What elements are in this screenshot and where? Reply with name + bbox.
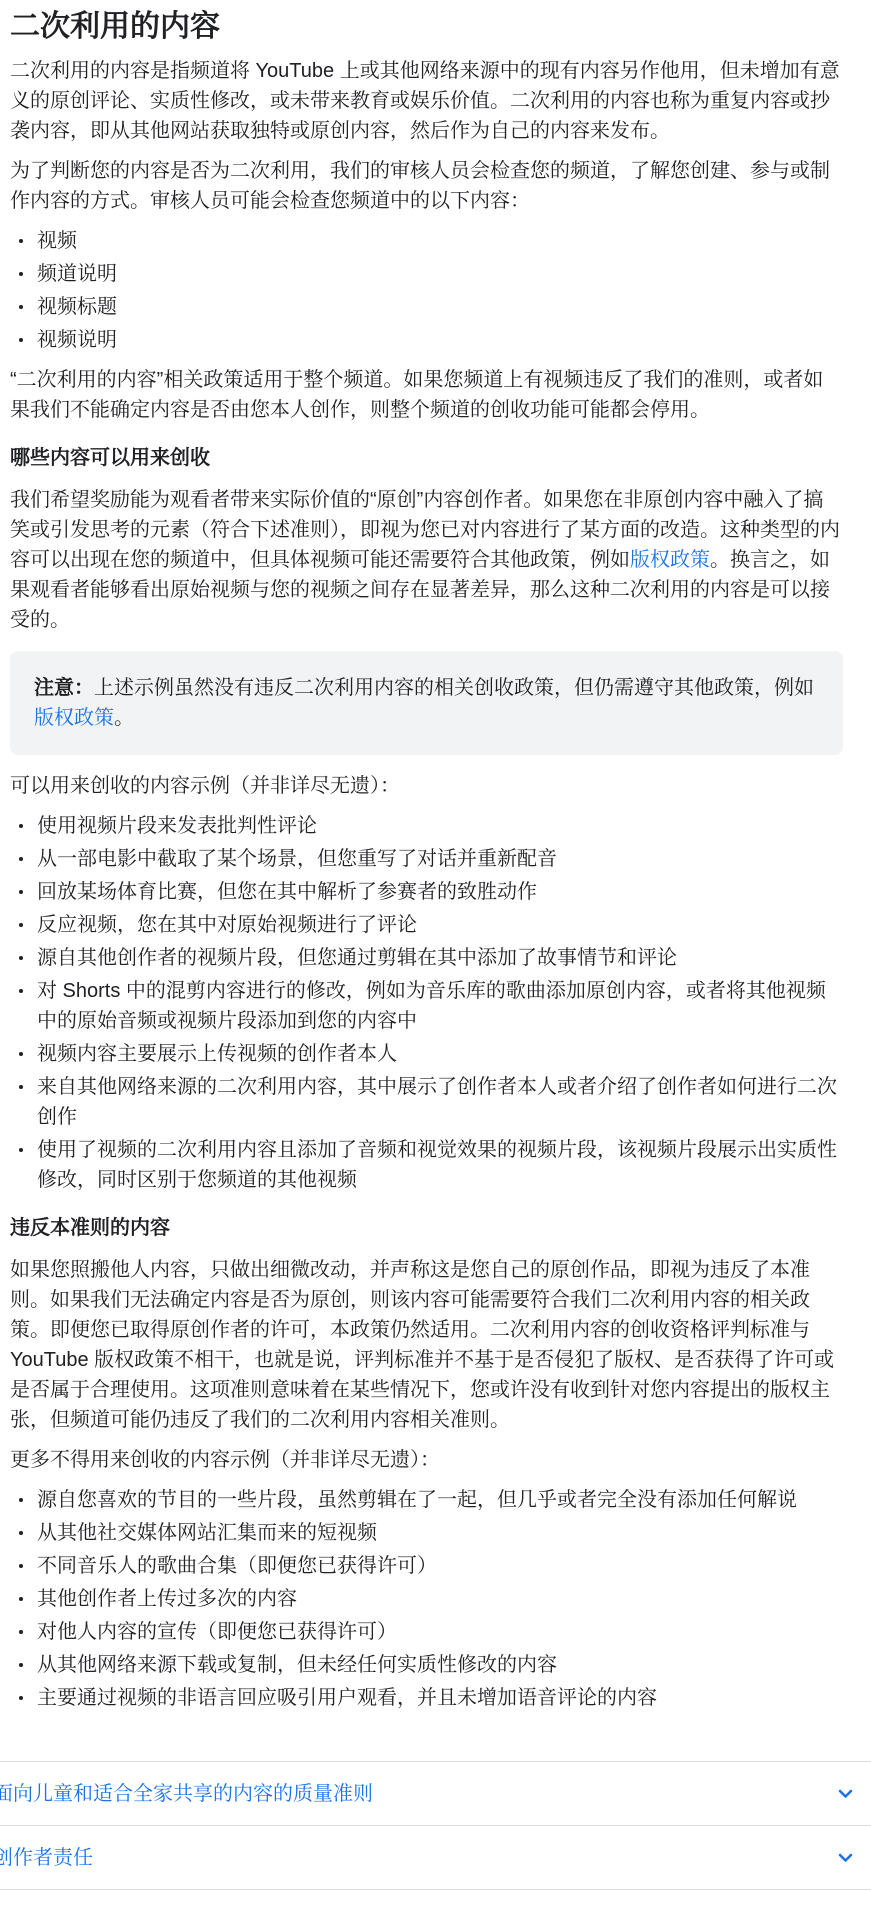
note-text: 。	[114, 707, 134, 729]
accordion-creator-responsibility[interactable]: 创作者责任	[0, 1825, 871, 1889]
list-item: 主要通过视频的非语言回应吸引用户观看，并且未增加语音评论的内容	[10, 1683, 843, 1713]
copyright-policy-link[interactable]: 版权政策	[630, 549, 710, 571]
intro-paragraph-1: 二次利用的内容是指频道将 YouTube 上或其他网络来源中的现有内容另作他用，…	[10, 56, 843, 146]
list-item: 从其他社交媒体网站汇集而来的短视频	[10, 1518, 843, 1548]
note-label: 注意：	[34, 677, 94, 699]
list-item: 视频标题	[10, 292, 843, 322]
monetizable-examples-intro: 可以用来创收的内容示例（并非详尽无遗）：	[10, 771, 843, 801]
list-item: 视频	[10, 226, 843, 256]
list-item: 来自其他网络来源的二次利用内容，其中展示了创作者本人或者介绍了创作者如何进行二次…	[10, 1072, 843, 1132]
violations-examples-intro: 更多不得用来创收的内容示例（并非详尽无遗）：	[10, 1445, 843, 1475]
list-item: 从其他网络来源下载或复制，但未经任何实质性修改的内容	[10, 1650, 843, 1680]
intro-paragraph-3: “二次利用的内容”相关政策适用于整个频道。如果您频道上有视频违反了我们的准则，或…	[10, 365, 843, 425]
list-item: 反应视频，您在其中对原始视频进行了评论	[10, 910, 843, 940]
list-item: 视频内容主要展示上传视频的创作者本人	[10, 1039, 843, 1069]
copyright-policy-link[interactable]: 版权政策	[34, 707, 114, 729]
violations-paragraph: 如果您照搬他人内容，只做出细微改动，并声称这是您自己的原创作品，即视为违反了本准…	[10, 1255, 843, 1435]
list-item: 视频说明	[10, 325, 843, 355]
intro-paragraph-2: 为了判断您的内容是否为二次利用，我们的审核人员会检查您的频道，了解您创建、参与或…	[10, 156, 843, 216]
section-heading-violations: 违反本准则的内容	[10, 1213, 843, 1243]
page-title: 二次利用的内容	[10, 8, 843, 46]
note-box: 注意：上述示例虽然没有违反二次利用内容的相关创收政策，但仍需遵守其他政策，例如版…	[10, 651, 843, 755]
list-item: 频道说明	[10, 259, 843, 289]
list-item: 使用视频片段来发表批判性评论	[10, 811, 843, 841]
related-guidelines-accordions: 面向儿童和适合全家共享的内容的质量准则 创作者责任	[0, 1761, 871, 1890]
chevron-down-icon	[838, 1789, 853, 1799]
accordion-label: 创作者责任	[0, 1843, 93, 1873]
article: 二次利用的内容 二次利用的内容是指频道将 YouTube 上或其他网络来源中的现…	[0, 8, 871, 1713]
list-item: 源自您喜欢的节目的一些片段，虽然剪辑在了一起，但几乎或者完全没有添加任何解说	[10, 1485, 843, 1515]
list-item: 其他创作者上传过多次的内容	[10, 1584, 843, 1614]
chevron-down-icon	[838, 1853, 853, 1863]
accordion-quality-principles[interactable]: 面向儿童和适合全家共享的内容的质量准则	[0, 1761, 871, 1825]
accordion-label: 面向儿童和适合全家共享的内容的质量准则	[0, 1779, 373, 1809]
list-item: 源自其他创作者的视频片段，但您通过剪辑在其中添加了故事情节和评论	[10, 943, 843, 973]
list-item: 从一部电影中截取了某个场景，但您重写了对话并重新配音	[10, 844, 843, 874]
list-item: 回放某场体育比赛，但您在其中解析了参赛者的致胜动作	[10, 877, 843, 907]
note-text: 上述示例虽然没有违反二次利用内容的相关创收政策，但仍需遵守其他政策，例如	[94, 677, 814, 699]
monetizable-paragraph: 我们希望奖励能为观看者带来实际价值的“原创”内容创作者。如果您在非原创内容中融入…	[10, 485, 843, 635]
list-item: 对 Shorts 中的混剪内容进行的修改，例如为音乐库的歌曲添加原创内容，或者将…	[10, 976, 843, 1036]
violations-examples-list: 源自您喜欢的节目的一些片段，虽然剪辑在了一起，但几乎或者完全没有添加任何解说 从…	[10, 1485, 843, 1713]
section-heading-monetizable: 哪些内容可以用来创收	[10, 443, 843, 473]
list-item: 不同音乐人的歌曲合集（即便您已获得许可）	[10, 1551, 843, 1581]
list-item: 使用了视频的二次利用内容且添加了音频和视觉效果的视频片段，该视频片段展示出实质性…	[10, 1135, 843, 1195]
list-item: 对他人内容的宣传（即便您已获得许可）	[10, 1617, 843, 1647]
channel-check-list: 视频 频道说明 视频标题 视频说明	[10, 226, 843, 355]
monetizable-examples-list: 使用视频片段来发表批判性评论 从一部电影中截取了某个场景，但您重写了对话并重新配…	[10, 811, 843, 1195]
